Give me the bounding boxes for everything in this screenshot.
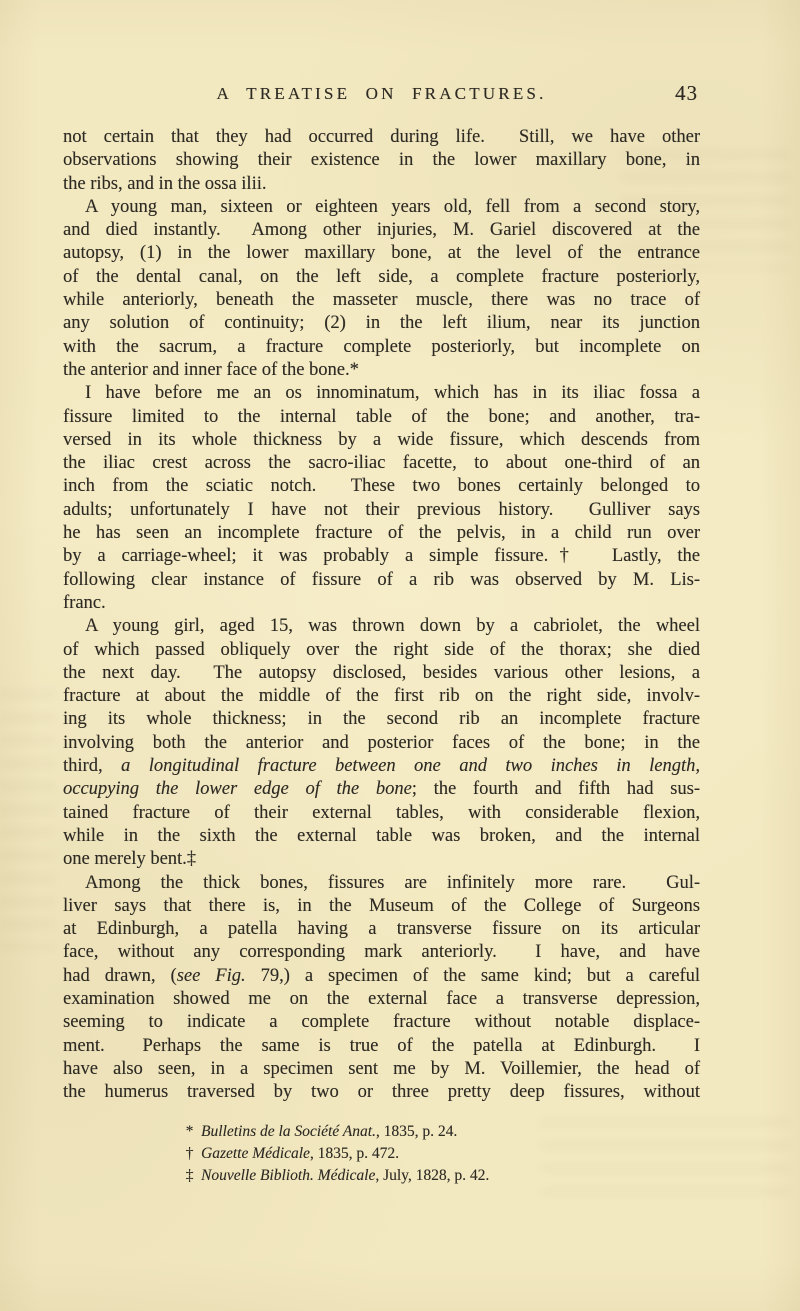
text-line: third, a longitudinal fracture between o… xyxy=(63,755,700,778)
text-segment: adults; unfortunately I have not their p… xyxy=(63,500,700,520)
italic-text-segment: see Fig. xyxy=(177,966,246,986)
text-line: any solution of continuity; (2) in the l… xyxy=(63,312,700,335)
text-line: had drawn, (see Fig. 79,) a specimen of … xyxy=(63,965,700,988)
text-segment: A young man, sixteen or eighteen years o… xyxy=(85,197,700,217)
bleedthrough-smudge xyxy=(0,690,55,950)
text-line: I have before me an os innominatum, whic… xyxy=(63,382,700,405)
text-segment: with the sacrum, a fracture complete pos… xyxy=(63,337,700,357)
text-segment: inch from the sciatic notch. These two b… xyxy=(63,476,700,496)
text-line: liver says that there is, in the Museum … xyxy=(63,895,700,918)
page-body: not certain that they had occurred durin… xyxy=(63,126,700,1104)
text-line: he has seen an incomplete fracture of th… xyxy=(63,522,700,545)
text-line: autopsy, (1) in the lower maxillary bone… xyxy=(63,242,700,265)
text-segment: face, without any corresponding mark ant… xyxy=(63,942,700,962)
text-segment: tained fracture of their external tables… xyxy=(63,803,700,823)
text-segment: I have before me an os innominatum, whic… xyxy=(85,383,700,403)
text-segment: franc. xyxy=(63,593,106,613)
text-line: the iliac crest across the sacro-iliac f… xyxy=(63,452,700,475)
italic-text-segment: Bulletins de la Société Anat. xyxy=(201,1123,376,1140)
footnotes: *Bulletins de la Société Anat., 1835, p.… xyxy=(63,1121,700,1187)
text-segment: of which passed obliquely over the right… xyxy=(63,640,700,660)
text-line: inch from the sciatic notch. These two b… xyxy=(63,475,700,498)
footnote: *Bulletins de la Société Anat., 1835, p.… xyxy=(183,1121,700,1143)
text-segment: the ribs, and in the ossa ilii. xyxy=(63,174,266,194)
text-line: ment. Perhaps the same is true of the pa… xyxy=(63,1035,700,1058)
text-line: involving both the anterior and posterio… xyxy=(63,732,700,755)
text-segment: while in the sixth the external table wa… xyxy=(63,826,700,846)
text-segment: any solution of continuity; (2) in the l… xyxy=(63,313,700,333)
text-line: adults; unfortunately I have not their p… xyxy=(63,499,700,522)
text-line: tained fracture of their external tables… xyxy=(63,802,700,825)
text-segment: one merely bent.‡ xyxy=(63,849,196,869)
text-line: A young girl, aged 15, was thrown down b… xyxy=(63,615,700,638)
text-line: seeming to indicate a complete fracture … xyxy=(63,1011,700,1034)
text-line: of the dental canal, on the left side, a… xyxy=(63,266,700,289)
text-line: following clear instance of fissure of a… xyxy=(63,569,700,592)
text-line: ing its whole thickness; in the second r… xyxy=(63,708,700,731)
text-segment: of the dental canal, on the left side, a… xyxy=(63,267,700,287)
text-segment: A young girl, aged 15, was thrown down b… xyxy=(85,616,700,636)
text-line: A young man, sixteen or eighteen years o… xyxy=(63,196,700,219)
text-line: Among the thick bones, fissures are infi… xyxy=(63,872,700,895)
italic-text-segment: occupying the lower edge of the bone xyxy=(63,779,412,799)
footnote-marker: † xyxy=(183,1143,196,1165)
paragraph: Among the thick bones, fissures are infi… xyxy=(63,872,700,1105)
text-line: while in the sixth the external table wa… xyxy=(63,825,700,848)
text-line: the anterior and inner face of the bone.… xyxy=(63,359,700,382)
text-segment: at Edinburgh, a patella having a transve… xyxy=(63,919,700,939)
text-line: examination showed me on the external fa… xyxy=(63,988,700,1011)
text-segment: , July, 1828, p. 42. xyxy=(375,1167,489,1184)
text-segment: , 1835, p. 24. xyxy=(376,1123,457,1140)
text-line: fracture at about the middle of the firs… xyxy=(63,685,700,708)
paragraph: A young man, sixteen or eighteen years o… xyxy=(63,196,700,382)
text-line: not certain that they had occurred durin… xyxy=(63,126,700,149)
text-segment: and died instantly. Among other injuries… xyxy=(63,220,700,240)
text-segment: seeming to indicate a complete fracture … xyxy=(63,1012,700,1032)
text-line: occupying the lower edge of the bone; th… xyxy=(63,778,700,801)
text-line: of which passed obliquely over the right… xyxy=(63,639,700,662)
text-segment: he has seen an incomplete fracture of th… xyxy=(63,523,700,543)
italic-text-segment: Nouvelle Biblioth. Médicale xyxy=(201,1167,375,1184)
page-number: 43 xyxy=(675,81,698,106)
text-line: have also seen, in a specimen sent me by… xyxy=(63,1058,700,1081)
paragraph: A young girl, aged 15, was thrown down b… xyxy=(63,615,700,871)
footnote-marker: * xyxy=(183,1121,196,1143)
italic-text-segment: Gazette Médicale xyxy=(201,1145,310,1162)
text-line: and died instantly. Among other injuries… xyxy=(63,219,700,242)
paragraph: I have before me an os innominatum, whic… xyxy=(63,382,700,615)
text-segment: examination showed me on the external fa… xyxy=(63,989,700,1009)
text-line: the humerus traversed by two or three pr… xyxy=(63,1081,700,1104)
text-line: observations showing their existence in … xyxy=(63,149,700,172)
text-segment: by a carriage-wheel; it was probably a s… xyxy=(63,546,700,566)
text-segment: observations showing their existence in … xyxy=(63,150,700,170)
text-segment: fissure limited to the internal table of… xyxy=(63,407,700,427)
text-segment: following clear instance of fissure of a… xyxy=(63,570,700,590)
page-header: A TREATISE ON FRACTURES. 43 xyxy=(63,84,700,104)
text-line: with the sacrum, a fracture complete pos… xyxy=(63,336,700,359)
text-line: at Edinburgh, a patella having a transve… xyxy=(63,918,700,941)
text-segment: involving both the anterior and posterio… xyxy=(63,733,700,753)
text-segment: ; the fourth and fifth had sus- xyxy=(412,779,700,799)
text-line: the ribs, and in the ossa ilii. xyxy=(63,173,700,196)
text-segment: the iliac crest across the sacro-iliac f… xyxy=(63,453,700,473)
footnote: ‡Nouvelle Biblioth. Médicale, July, 1828… xyxy=(183,1165,700,1187)
text-segment: had drawn, ( xyxy=(63,966,177,986)
text-segment: not certain that they had occurred durin… xyxy=(63,127,700,147)
text-segment: have also seen, in a specimen sent me by… xyxy=(63,1059,700,1079)
footnote-marker: ‡ xyxy=(183,1165,196,1187)
text-segment: the humerus traversed by two or three pr… xyxy=(63,1082,700,1102)
text-line: while anteriorly, beneath the masseter m… xyxy=(63,289,700,312)
text-line: face, without any corresponding mark ant… xyxy=(63,941,700,964)
text-segment: the anterior and inner face of the bone.… xyxy=(63,360,359,380)
book-page: A TREATISE ON FRACTURES. 43 not certain … xyxy=(0,0,800,1311)
footnote: †Gazette Médicale, 1835, p. 472. xyxy=(183,1143,700,1165)
text-line: franc. xyxy=(63,592,700,615)
text-line: one merely bent.‡ xyxy=(63,848,700,871)
running-title: A TREATISE ON FRACTURES. xyxy=(63,84,700,104)
text-segment: ing its whole thickness; in the second r… xyxy=(63,709,700,729)
text-line: by a carriage-wheel; it was probably a s… xyxy=(63,545,700,568)
text-segment: while anteriorly, beneath the masseter m… xyxy=(63,290,700,310)
text-segment: autopsy, (1) in the lower maxillary bone… xyxy=(63,243,700,263)
text-segment: liver says that there is, in the Museum … xyxy=(63,896,700,916)
text-segment: , 1835, p. 472. xyxy=(310,1145,399,1162)
text-line: fissure limited to the internal table of… xyxy=(63,406,700,429)
italic-text-segment: a longitudinal fracture between one and … xyxy=(121,756,700,776)
text-segment: versed in its whole thickness by a wide … xyxy=(63,430,700,450)
text-segment: Among the thick bones, fissures are infi… xyxy=(85,873,700,893)
text-segment: third, xyxy=(63,756,121,776)
paragraph: not certain that they had occurred durin… xyxy=(63,126,700,196)
text-line: the next day. The autopsy disclosed, bes… xyxy=(63,662,700,685)
text-line: versed in its whole thickness by a wide … xyxy=(63,429,700,452)
text-segment: 79,) a specimen of the same kind; but a … xyxy=(246,966,700,986)
text-segment: ment. Perhaps the same is true of the pa… xyxy=(63,1036,700,1056)
text-segment: fracture at about the middle of the firs… xyxy=(63,686,700,706)
text-segment: the next day. The autopsy disclosed, bes… xyxy=(63,663,700,683)
